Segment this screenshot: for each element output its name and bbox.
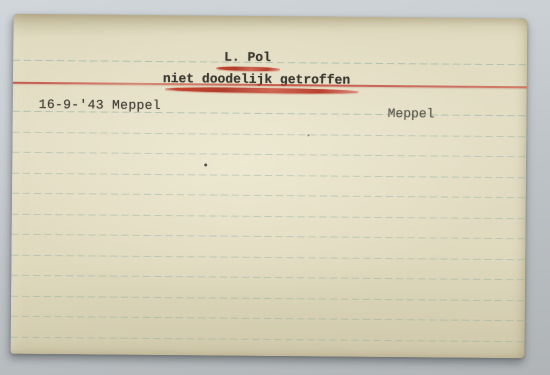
ruled-line	[11, 336, 525, 341]
index-card: L. Pol niet doodelijk getroffen 16-9-'43…	[11, 14, 528, 358]
paper-speck	[307, 134, 309, 136]
ruled-line	[12, 172, 526, 177]
ruled-line	[11, 295, 525, 300]
ruled-line	[12, 234, 526, 239]
ruled-line	[11, 316, 525, 321]
photo-background: L. Pol niet doodelijk getroffen 16-9-'43…	[0, 0, 550, 375]
paper-speck	[204, 163, 207, 166]
ruled-line	[12, 131, 526, 136]
ruled-line	[11, 254, 525, 259]
ruled-lines	[11, 14, 528, 358]
card-name-text: L. Pol	[224, 51, 271, 65]
card-place-right-text: Meppel	[388, 107, 435, 121]
ruled-line	[12, 213, 526, 218]
card-date-place-text: 16-9-'43 Meppel	[39, 98, 161, 113]
ruled-line	[11, 275, 525, 280]
ruled-line	[12, 193, 526, 198]
ruled-line	[12, 152, 526, 157]
